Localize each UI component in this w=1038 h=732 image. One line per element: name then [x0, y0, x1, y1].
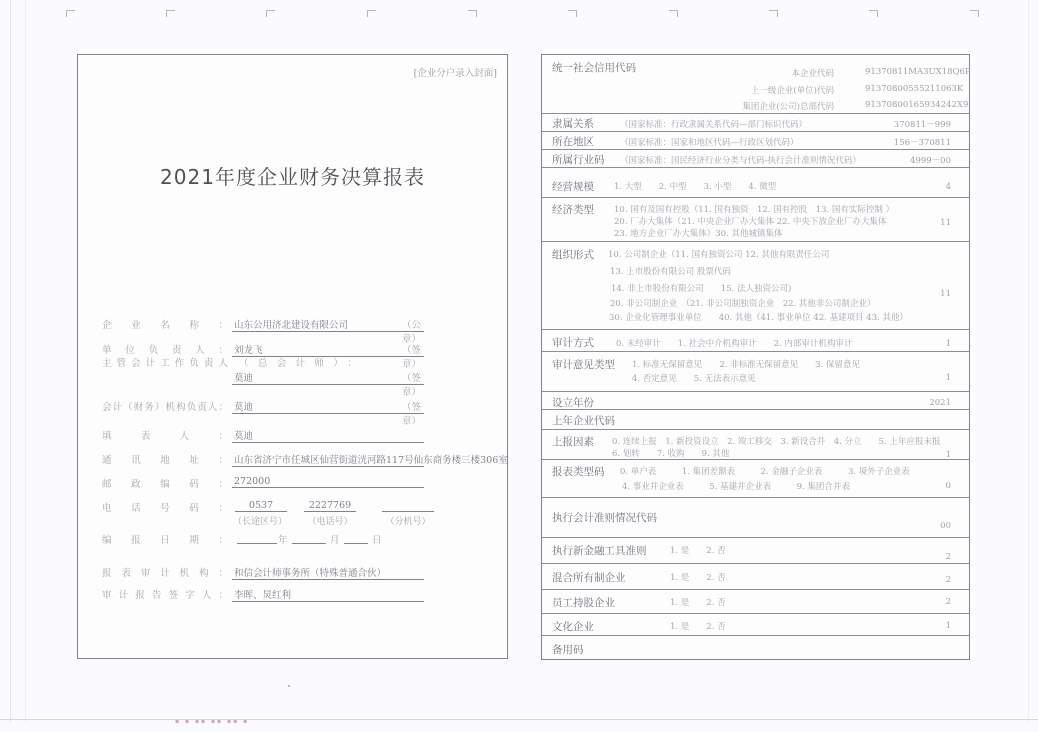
- unit-label: 日: [372, 532, 382, 546]
- section-heading: 报表类型码: [552, 464, 605, 479]
- page-bottom-edge: [0, 719, 1038, 720]
- seal-note: （公章）: [402, 317, 421, 345]
- corner-mark: [66, 10, 75, 17]
- field-label: 通讯地址：: [102, 452, 228, 466]
- corner-mark: [568, 10, 577, 17]
- credit-label: 集团企业(公司)总部代码: [742, 100, 834, 112]
- section-prev-code: 上年企业代码: [542, 409, 969, 430]
- section-desc: （国家标准：国民经济行业分类与代码-执行会计准则情况代码）: [620, 154, 861, 166]
- field-address: 通讯地址： 山东省济宁市任城区仙营街道洸河路117号仙东商务楼三楼306室: [102, 452, 228, 466]
- phone-number[interactable]: 2227769: [304, 500, 356, 512]
- audit-opinion-value[interactable]: 1: [946, 373, 951, 383]
- option-line: 14. 非上市股份有限公司 15. 法人独资公司): [611, 282, 791, 294]
- new-fin-instr-value[interactable]: 2: [946, 552, 951, 562]
- corner-mark: [970, 10, 979, 17]
- audit-signers-value[interactable]: 李晖、炅红利: [232, 587, 424, 602]
- section-desc: （国家标准：国家和地区代码—行政区划代码）: [620, 136, 799, 148]
- unit-label: 月: [330, 532, 340, 546]
- corner-mark: [266, 10, 275, 17]
- option-line: 6. 划转 7. 收购 9. 其他: [612, 447, 729, 459]
- seal-note: （签章）: [402, 370, 421, 398]
- employee-stock-value[interactable]: 2: [946, 597, 951, 607]
- section-region: 所在地区 （国家标准：国家和地区代码—行政区划代码） 156－370811: [542, 131, 969, 150]
- credit-label: 上一级企业(单位)代码: [751, 84, 834, 96]
- report-type-value[interactable]: 0: [946, 481, 951, 491]
- section-heading: 经济类型: [552, 202, 594, 217]
- enterprise-codes-table: 统一社会信用代码 本企业代码 91370811MA3UX18Q6P 上一级企业(…: [541, 54, 970, 660]
- field-label: 报表审计机构：: [102, 565, 228, 579]
- unit-label: 年: [278, 532, 288, 546]
- cover-tag: [企业分户录入封面]: [414, 65, 497, 79]
- date-year-input[interactable]: [237, 532, 277, 544]
- field-label: （总会计师）：: [231, 358, 357, 370]
- section-heading: 文化企业: [552, 619, 594, 634]
- section-options: 1. 是 2. 否: [670, 544, 726, 556]
- section-scale: 经营规模 1. 大型 2. 中型 3. 小型 4. 微型 4: [542, 167, 969, 198]
- field-postal-code: 邮政编码： 272000: [102, 476, 228, 490]
- corner-mark: [367, 10, 376, 17]
- section-accounting-standard: 执行会计准则情况代码 00: [542, 497, 969, 538]
- field-label: 主管会计工作负责人: [102, 358, 228, 370]
- section-credit-code: 统一社会信用代码 本企业代码 91370811MA3UX18Q6P 上一级企业(…: [542, 55, 969, 113]
- corner-mark: [166, 10, 175, 17]
- corner-mark: [468, 10, 477, 17]
- mixed-ownership-value[interactable]: 2: [946, 575, 951, 585]
- field-label: 单位负责人：: [102, 342, 228, 356]
- corner-mark: [769, 10, 778, 17]
- option-line: 1. 标准无保留意见 2. 非标准无保留意见 3. 保留意见: [632, 358, 860, 370]
- credit-code-value[interactable]: 91370800165934242X9: [865, 100, 968, 110]
- section-options: 0. 未经审计 1. 社会中介机构审计 2. 内部审计机构审计: [616, 337, 852, 349]
- field-audit-firm: 报表审计机构： 和信会计师事务所（特殊普通合伙）: [102, 565, 228, 579]
- section-options: 1. 是 2. 否: [670, 571, 726, 583]
- field-phone: 电话号码： 0537 2227769 （长途区号） （电话号） （分机号）: [102, 500, 502, 530]
- section-mixed-ownership: 混合所有制企业 1. 是 2. 否 2: [542, 563, 969, 590]
- option-line: 0. 单户表 1. 集团差额表 2. 金融子企业表 3. 境外子企业表: [620, 465, 910, 477]
- section-heading: 设立年份: [552, 395, 594, 410]
- option-line: 20. 非公司制企业 （21. 非公司制独资企业 22. 其他非公司制企业）: [610, 297, 875, 309]
- company-name-value[interactable]: 山东公用济北建设有限公司: [232, 317, 424, 332]
- section-new-fin-instr: 执行新金融工具准则 1. 是 2. 否 2: [542, 537, 969, 564]
- option-line: 4. 事业并企业表 5. 基建并企业表 9. 集团合并表: [622, 480, 850, 492]
- field-preparer: 填表人： 莫迪: [102, 428, 228, 442]
- economic-type-value[interactable]: 11: [940, 218, 951, 228]
- section-heading: 所属行业码: [552, 152, 605, 167]
- field-unit-head: 单位负责人： 刘龙飞 （签章）: [102, 342, 228, 356]
- seal-note: （签章）: [402, 399, 421, 427]
- corner-mark: [869, 10, 878, 17]
- section-heading: 上报因素: [552, 434, 594, 449]
- section-desc: （国家标准：行政隶属关系代码—部门标识代码）: [620, 118, 807, 130]
- scale-value[interactable]: 4: [946, 182, 951, 192]
- credit-code-value[interactable]: 91370811MA3UX18Q6P: [865, 67, 971, 77]
- option-line: 0. 连续上报 1. 新投资设立 2. 竣工移交 3. 新设合并 4. 分立 5…: [612, 435, 940, 447]
- field-chief-accountant: 主管会计工作负责人 （总会计师）： 莫迪 （签章）: [102, 358, 357, 370]
- phone-extension[interactable]: [382, 500, 434, 512]
- audit-method-value[interactable]: 1: [946, 339, 951, 349]
- field-label: 电话号码：: [102, 500, 228, 514]
- finance-head-value[interactable]: 莫迪: [232, 399, 424, 414]
- option-line: 10. 公司制企业（11. 国有独资公司 12. 其他有限责任公司: [608, 248, 829, 260]
- field-label: 填表人：: [102, 428, 228, 442]
- option-line: 23. 地方企业厂办大集体）30. 其他城镇集体: [614, 227, 782, 239]
- section-economic-type: 经济类型 10. 国有及国有控股（11. 国有独资 12. 国有控股 13. 国…: [542, 197, 969, 242]
- field-label: 审计报告签字人：: [102, 587, 228, 601]
- field-finance-head: 会计（财务）机构负责人： 莫迪 （签章）: [102, 399, 228, 413]
- caption: （分机号）: [378, 514, 438, 527]
- accounting-standard-value[interactable]: 00: [940, 521, 951, 531]
- section-options: 1. 是 2. 否: [670, 620, 726, 632]
- binder-edge: [10, 0, 26, 722]
- binder-edge-right: [1028, 0, 1035, 722]
- option-line: 13. 上市股份有限公司 股票代码: [610, 265, 731, 277]
- section-audit-opinion: 审计意见类型 1. 标准无保留意见 2. 非标准无保留意见 3. 保留意见 4.…: [542, 351, 969, 392]
- section-affiliation: 隶属关系 （国家标准：行政隶属关系代码—部门标识代码） 370811－999: [542, 113, 969, 132]
- section-heading: 备用码: [552, 642, 584, 657]
- field-audit-signers: 审计报告签字人： 李晖、炅红利: [102, 587, 228, 601]
- field-label: 企业名称：: [102, 317, 228, 331]
- credit-code-value[interactable]: 91370800555211063K: [865, 84, 963, 94]
- section-heading: 隶属关系: [552, 116, 594, 131]
- field-label: 编报日期：: [102, 532, 228, 546]
- section-heading: 经营规模: [552, 179, 594, 194]
- postal-code-value[interactable]: 272000: [232, 476, 424, 488]
- section-heading: 混合所有制企业: [552, 570, 626, 585]
- section-org-form: 组织形式 10. 公司制企业（11. 国有独资公司 12. 其他有限责任公司 1…: [542, 241, 969, 328]
- caption: （长途区号）: [230, 514, 290, 527]
- option-line: 10. 国有及国有控股（11. 国有独资 12. 国有控股 13. 国有实际控制…: [614, 203, 894, 215]
- section-audit-method: 审计方式 0. 未经审计 1. 社会中介机构审计 2. 内部审计机构审计 1: [542, 329, 969, 352]
- address-value[interactable]: 山东省济宁市任城区仙营街道洸河路117号仙东商务楼三楼306室: [232, 452, 424, 467]
- report-cover: [企业分户录入封面] 2021年度企业财务决算报表 企业名称： 山东公用济北建设…: [77, 54, 508, 659]
- affiliation-value[interactable]: 370811－999: [894, 118, 951, 130]
- section-founded-year: 设立年份 2021: [542, 391, 969, 410]
- section-industry: 所属行业码 （国家标准：国民经济行业分类与代码-执行会计准则情况代码） 4999…: [542, 149, 969, 168]
- section-heading: 上年企业代码: [552, 413, 615, 428]
- region-value[interactable]: 156－370811: [894, 136, 951, 148]
- report-title: 2021年度企业财务决算报表: [78, 161, 507, 190]
- section-heading: 组织形式: [552, 247, 594, 262]
- option-line: 20. 厂办大集体（21. 中央企业厂办大集体 22. 中央下放企业厂办大集体: [614, 215, 886, 227]
- option-line: 4. 否定意见 5. 无法表示意见: [632, 372, 756, 384]
- section-report-type: 报表类型码 0. 单户表 1. 集团差额表 2. 金融子企业表 3. 境外子企业…: [542, 459, 969, 496]
- field-company-name: 企业名称： 山东公用济北建设有限公司 （公章）: [102, 317, 228, 331]
- section-heading: 执行新金融工具准则: [552, 543, 647, 558]
- section-heading: 统一社会信用代码: [552, 60, 636, 75]
- section-heading: 审计方式: [552, 335, 594, 350]
- org-form-value[interactable]: 11: [940, 289, 951, 299]
- industry-value[interactable]: 4999－00: [910, 154, 951, 166]
- section-options: 1. 大型 2. 中型 3. 小型 4. 微型: [614, 180, 776, 192]
- phone-area-code[interactable]: 0537: [235, 500, 287, 512]
- option-line: 30. 企业化管理事业单位 40. 其他（41. 事业单位 42. 基建项目 4…: [609, 311, 908, 323]
- date-day-input[interactable]: [344, 532, 368, 544]
- field-label: 邮政编码：: [102, 476, 228, 490]
- preparer-value[interactable]: 莫迪: [232, 428, 424, 443]
- section-cultural: 文化企业 1. 是 2. 否 1: [542, 613, 969, 636]
- field-label: 会计（财务）机构负责人：: [102, 399, 228, 413]
- chief-accountant-value[interactable]: 莫迪: [232, 370, 424, 385]
- section-heading: 员工持股企业: [552, 595, 615, 610]
- seal-note: （签章）: [402, 342, 421, 370]
- unit-head-value[interactable]: 刘龙飞: [232, 342, 424, 357]
- section-options: 1. 是 2. 否: [670, 596, 726, 608]
- scan-speck: [288, 685, 290, 687]
- audit-firm-value[interactable]: 和信会计师事务所（特殊普通合伙）: [232, 565, 424, 580]
- date-month-input[interactable]: [292, 532, 326, 544]
- corner-mark: [669, 10, 678, 17]
- section-employee-stock: 员工持股企业 1. 是 2. 否 2: [542, 589, 969, 614]
- stamp-fragment: ▪ ▪ ▪▪ ▪▪ ▪▪ ▪: [175, 718, 249, 725]
- cultural-value[interactable]: 1: [946, 621, 951, 631]
- field-report-date: 编报日期： 年 月 日: [102, 532, 502, 546]
- section-heading: 审计意见类型: [552, 357, 615, 372]
- section-heading: 所在地区: [552, 134, 594, 149]
- section-reserve: 备用码: [542, 635, 969, 660]
- section-report-reason: 上报因素 0. 连续上报 1. 新投资设立 2. 竣工移交 3. 新设合并 4.…: [542, 429, 969, 460]
- section-heading: 执行会计准则情况代码: [552, 510, 657, 525]
- founded-year-value[interactable]: 2021: [929, 398, 951, 408]
- credit-label: 本企业代码: [791, 67, 834, 79]
- caption: （电话号）: [300, 514, 360, 527]
